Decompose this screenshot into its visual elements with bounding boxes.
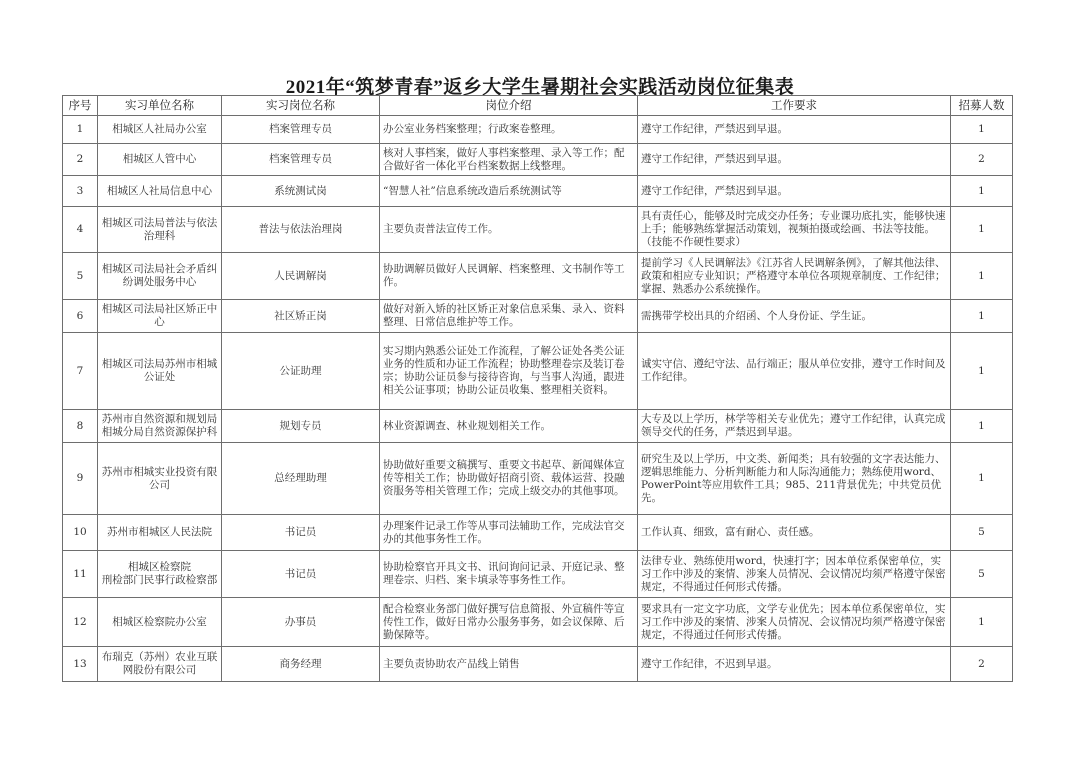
cell-requirement: 遵守工作纪律，不迟到早退。 — [638, 647, 951, 682]
cell-unit: 苏州市相城实业投资有限公司 — [98, 443, 222, 515]
cell-intro: 协助做好重要文稿撰写、重要文书起草、新闻媒体宣传等相关工作；协助做好招商引资、载… — [380, 443, 638, 515]
table-header-row: 序号 实习单位名称 实习岗位名称 岗位介绍 工作要求 招募人数 — [63, 96, 1013, 116]
cell-unit: 相城区人管中心 — [98, 144, 222, 176]
table-row: 12 相城区检察院办公室 办事员 配合检察业务部门做好撰写信息简报、外宣稿件等宣… — [63, 598, 1013, 647]
cell-requirement: 遵守工作纪律，严禁迟到早退。 — [638, 144, 951, 176]
cell-unit: 相城区人社局办公室 — [98, 116, 222, 144]
cell-intro: 做好对新入矫的社区矫正对象信息采集、录入、资料整理、日常信息维护等工作。 — [380, 300, 638, 333]
cell-position: 总经理助理 — [222, 443, 380, 515]
cell-position: 普法与依法治理岗 — [222, 207, 380, 253]
cell-no: 2 — [63, 144, 98, 176]
table-row: 2 相城区人管中心 档案管理专员 核对人事档案，做好人事档案整理、录入等工作；配… — [63, 144, 1013, 176]
table-row: 13 布瑞克（苏州）农业互联网股份有限公司 商务经理 主要负责协助农产品线上销售… — [63, 647, 1013, 682]
cell-intro: 实习期内熟悉公证处工作流程，了解公证处各类公证业务的性质和办证工作流程；协助整理… — [380, 333, 638, 410]
cell-count: 1 — [951, 410, 1013, 443]
table-row: 3 相城区人社局信息中心 系统测试岗 “智慧人社”信息系统改造后系统测试等 遵守… — [63, 176, 1013, 207]
cell-no: 11 — [63, 551, 98, 598]
cell-intro: 协助检察官开具文书、讯问询问记录、开庭记录、整理卷宗、归档、案卡填录等事务性工作… — [380, 551, 638, 598]
positions-table: 序号 实习单位名称 实习岗位名称 岗位介绍 工作要求 招募人数 1 相城区人社局… — [62, 95, 1013, 682]
cell-requirement: 要求具有一定文字功底，文学专业优先；因本单位系保密单位，实习工作中涉及的案情、涉… — [638, 598, 951, 647]
cell-count: 2 — [951, 144, 1013, 176]
table-row: 6 相城区司法局社区矫正中心 社区矫正岗 做好对新入矫的社区矫正对象信息采集、录… — [63, 300, 1013, 333]
cell-no: 4 — [63, 207, 98, 253]
cell-position: 书记员 — [222, 551, 380, 598]
table-row: 4 相城区司法局普法与依法治理科 普法与依法治理岗 主要负责普法宣传工作。 具有… — [63, 207, 1013, 253]
cell-unit: 相城区司法局苏州市相城公证处 — [98, 333, 222, 410]
cell-position: 档案管理专员 — [222, 116, 380, 144]
header-count: 招募人数 — [951, 96, 1013, 116]
table-row: 11 相城区检察院 刑检部门民事行政检察部 书记员 协助检察官开具文书、讯问询问… — [63, 551, 1013, 598]
cell-count: 1 — [951, 443, 1013, 515]
cell-requirement: 遵守工作纪律，严禁迟到早退。 — [638, 176, 951, 207]
cell-no: 1 — [63, 116, 98, 144]
cell-no: 13 — [63, 647, 98, 682]
cell-intro: 配合检察业务部门做好撰写信息简报、外宣稿件等宣传性工作，做好日常办公服务事务，如… — [380, 598, 638, 647]
header-requirement: 工作要求 — [638, 96, 951, 116]
cell-position: 书记员 — [222, 515, 380, 551]
cell-count: 2 — [951, 647, 1013, 682]
cell-unit: 相城区人社局信息中心 — [98, 176, 222, 207]
cell-no: 12 — [63, 598, 98, 647]
cell-count: 1 — [951, 176, 1013, 207]
cell-unit: 相城区检察院 刑检部门民事行政检察部 — [98, 551, 222, 598]
cell-position: 商务经理 — [222, 647, 380, 682]
cell-no: 7 — [63, 333, 98, 410]
cell-unit: 苏州市自然资源和规划局相城分局自然资源保护科 — [98, 410, 222, 443]
cell-count: 1 — [951, 333, 1013, 410]
cell-no: 3 — [63, 176, 98, 207]
cell-count: 5 — [951, 551, 1013, 598]
header-unit: 实习单位名称 — [98, 96, 222, 116]
cell-position: 社区矫正岗 — [222, 300, 380, 333]
cell-intro: 主要负责协助农产品线上销售 — [380, 647, 638, 682]
cell-count: 1 — [951, 116, 1013, 144]
table-row: 7 相城区司法局苏州市相城公证处 公证助理 实习期内熟悉公证处工作流程，了解公证… — [63, 333, 1013, 410]
cell-requirement: 大专及以上学历，林学等相关专业优先；遵守工作纪律，认真完成领导交代的任务，严禁迟… — [638, 410, 951, 443]
cell-intro: 核对人事档案，做好人事档案整理、录入等工作；配合做好省一体化平台档案数据上线整理… — [380, 144, 638, 176]
table-row: 9 苏州市相城实业投资有限公司 总经理助理 协助做好重要文稿撰写、重要文书起草、… — [63, 443, 1013, 515]
cell-count: 1 — [951, 207, 1013, 253]
cell-intro: 协助调解员做好人民调解、档案整理、文书制作等工作。 — [380, 253, 638, 300]
cell-unit: 相城区检察院办公室 — [98, 598, 222, 647]
cell-requirement: 提前学习《人民调解法》《江苏省人民调解条例》，了解其他法律、政策和相应专业知识；… — [638, 253, 951, 300]
table-row: 1 相城区人社局办公室 档案管理专员 办公室业务档案整理；行政案卷整理。 遵守工… — [63, 116, 1013, 144]
cell-intro: 主要负责普法宣传工作。 — [380, 207, 638, 253]
cell-unit: 相城区司法局普法与依法治理科 — [98, 207, 222, 253]
cell-unit: 布瑞克（苏州）农业互联网股份有限公司 — [98, 647, 222, 682]
cell-requirement: 工作认真、细致，富有耐心、责任感。 — [638, 515, 951, 551]
cell-intro: 办公室业务档案整理；行政案卷整理。 — [380, 116, 638, 144]
cell-unit: 苏州市相城区人民法院 — [98, 515, 222, 551]
cell-no: 9 — [63, 443, 98, 515]
cell-count: 1 — [951, 598, 1013, 647]
cell-position: 人民调解岗 — [222, 253, 380, 300]
cell-count: 1 — [951, 300, 1013, 333]
cell-requirement: 法律专业、熟练使用word，快速打字；因本单位系保密单位，实习工作中涉及的案情、… — [638, 551, 951, 598]
cell-requirement: 诚实守信、遵纪守法、品行端正；服从单位安排，遵守工作时间及工作纪律。 — [638, 333, 951, 410]
cell-intro: 林业资源调查、林业规划相关工作。 — [380, 410, 638, 443]
cell-position: 规划专员 — [222, 410, 380, 443]
cell-intro: 办理案件记录工作等从事司法辅助工作，完成法官交办的其他事务性工作。 — [380, 515, 638, 551]
cell-count: 5 — [951, 515, 1013, 551]
table-row: 5 相城区司法局社会矛盾纠纷调处服务中心 人民调解岗 协助调解员做好人民调解、档… — [63, 253, 1013, 300]
table-row: 10 苏州市相城区人民法院 书记员 办理案件记录工作等从事司法辅助工作，完成法官… — [63, 515, 1013, 551]
header-position: 实习岗位名称 — [222, 96, 380, 116]
header-no: 序号 — [63, 96, 98, 116]
cell-no: 5 — [63, 253, 98, 300]
cell-position: 办事员 — [222, 598, 380, 647]
cell-position: 档案管理专员 — [222, 144, 380, 176]
cell-unit: 相城区司法局社会矛盾纠纷调处服务中心 — [98, 253, 222, 300]
cell-position: 公证助理 — [222, 333, 380, 410]
cell-requirement: 研究生及以上学历，中文类、新闻类；具有较强的文字表达能力、逻辑思维能力、分析判断… — [638, 443, 951, 515]
cell-count: 1 — [951, 253, 1013, 300]
cell-no: 6 — [63, 300, 98, 333]
cell-requirement: 遵守工作纪律，严禁迟到早退。 — [638, 116, 951, 144]
cell-requirement: 具有责任心，能够及时完成交办任务；专业课功底扎实，能够快速上手；能够熟练掌握活动… — [638, 207, 951, 253]
cell-no: 8 — [63, 410, 98, 443]
header-intro: 岗位介绍 — [380, 96, 638, 116]
cell-position: 系统测试岗 — [222, 176, 380, 207]
cell-requirement: 需携带学校出具的介绍函、个人身份证、学生证。 — [638, 300, 951, 333]
table-row: 8 苏州市自然资源和规划局相城分局自然资源保护科 规划专员 林业资源调查、林业规… — [63, 410, 1013, 443]
cell-unit: 相城区司法局社区矫正中心 — [98, 300, 222, 333]
cell-no: 10 — [63, 515, 98, 551]
cell-intro: “智慧人社”信息系统改造后系统测试等 — [380, 176, 638, 207]
